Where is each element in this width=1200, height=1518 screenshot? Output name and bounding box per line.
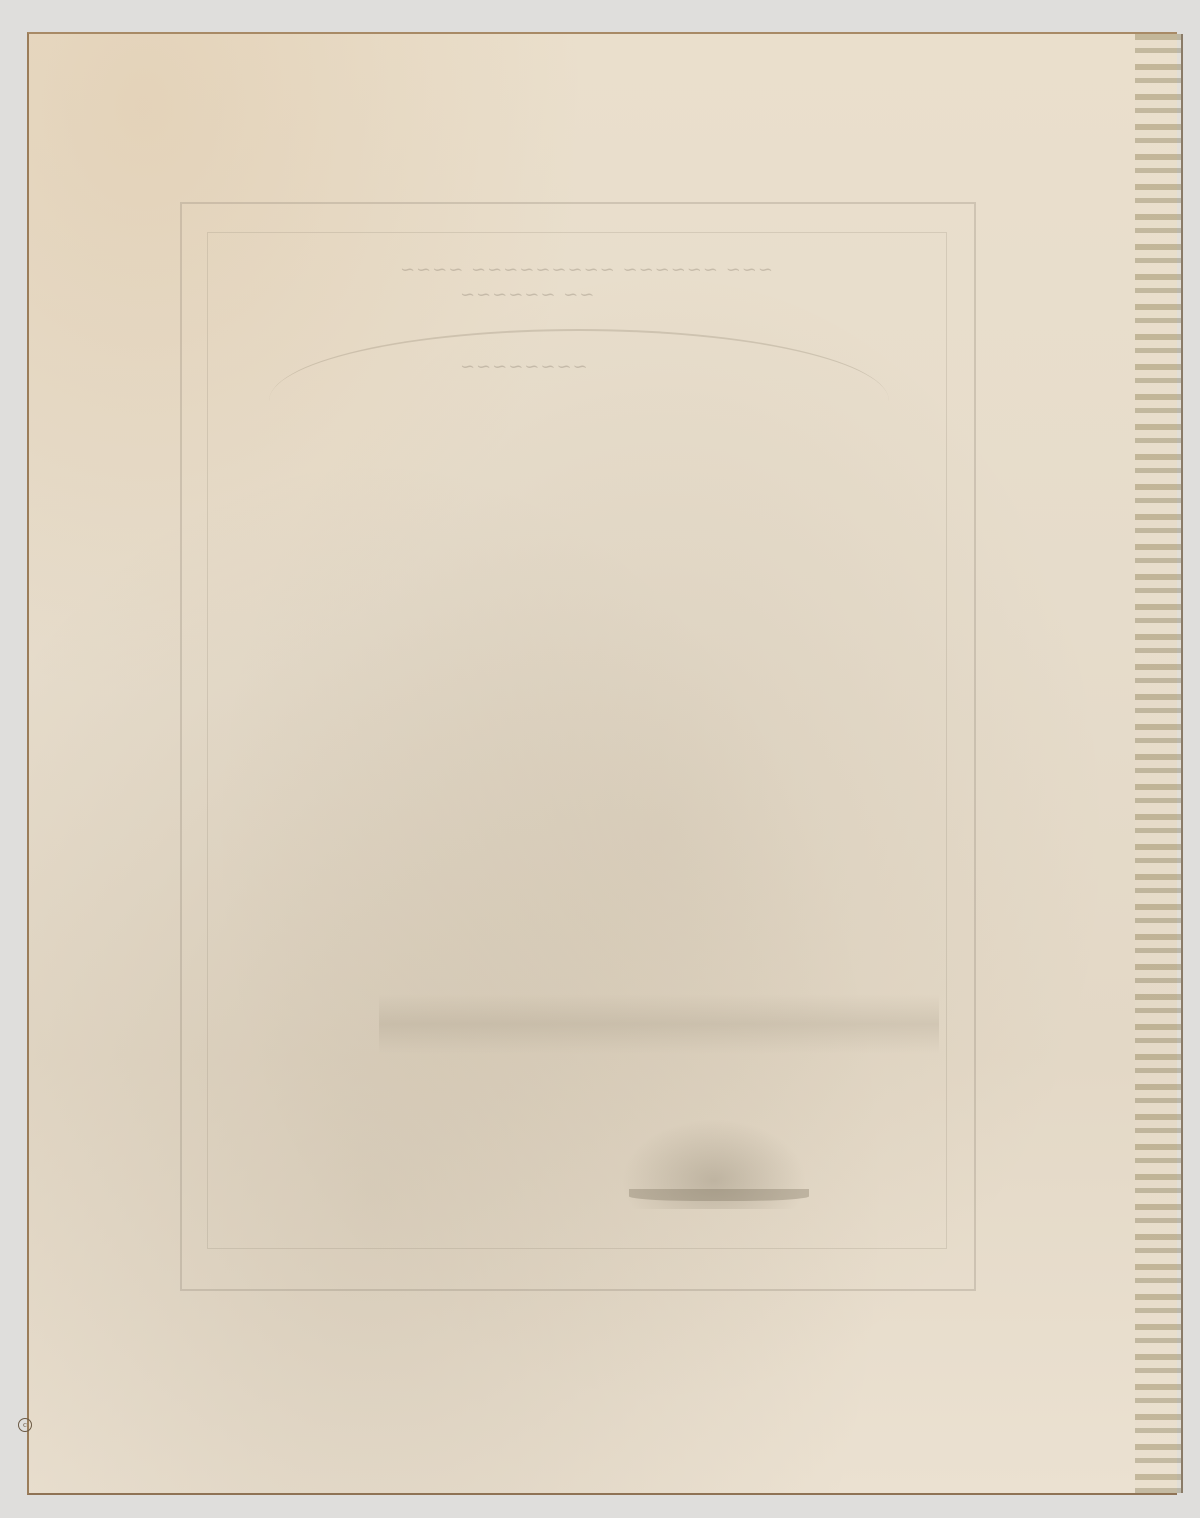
show-through-title-line-1: ~~~ ~~~~~~ ~~~~~~~~~ ~~~~ [399, 259, 773, 280]
torn-stained-right-edge [1135, 34, 1183, 1493]
show-through-ship-hull [629, 1189, 809, 1201]
show-through-landscape [379, 994, 939, 1054]
show-through-title-line-2: ~~ ~~~~~~ [459, 284, 594, 305]
antique-paper-sheet: ~~~ ~~~~~~ ~~~~~~~~~ ~~~~ ~~ ~~~~~~ ~~~~… [27, 32, 1177, 1495]
collector-stamp-mark: c [18, 1418, 32, 1432]
show-through-title-line-3: ~~~~~~~~ [459, 356, 588, 377]
